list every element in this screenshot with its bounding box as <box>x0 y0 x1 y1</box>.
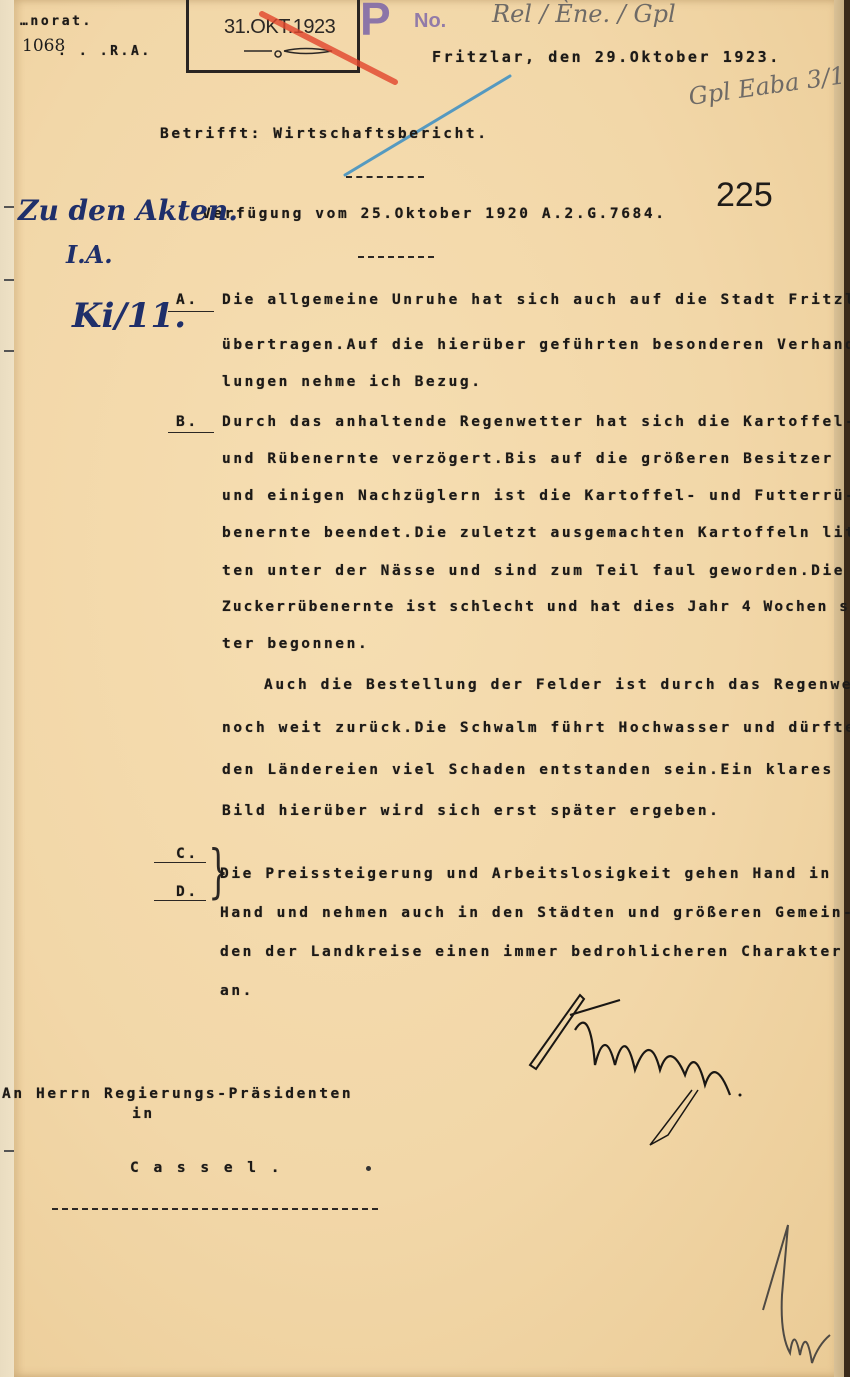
pencil-note-top: Rel / Ène. / Gpl <box>492 0 676 28</box>
section-b-line-1: Durch das anhaltende Regenwetter hat sic… <box>222 414 850 430</box>
section-b-para2-line-2: noch weit zurück.Die Schwalm führt Hochw… <box>222 720 850 736</box>
section-b-para2-line-1: Auch die Bestellung der Felder ist durch… <box>264 677 850 693</box>
section-b-line-3: und einigen Nachzüglern ist die Kartoffe… <box>222 488 850 504</box>
folio-number: 225 <box>716 176 773 215</box>
section-cd-line-3: den der Landkreise einen immer bedrohlic… <box>220 944 843 960</box>
reference-line: Verfügung vom 25.Oktober 1920 A.2.G.7684… <box>202 206 667 222</box>
reference-divider <box>358 256 434 258</box>
section-b-para2-line-3: den Ländereien viel Schaden entstanden s… <box>222 762 834 778</box>
address-divider <box>52 1208 378 1210</box>
section-d-label: D. <box>176 884 199 900</box>
section-d-underline <box>154 900 206 901</box>
section-c-underline <box>154 862 206 863</box>
margin-note-initials: Ki/11. <box>72 296 186 336</box>
section-a-line-1: Die allgemeine Unruhe hat sich auch auf … <box>222 292 850 308</box>
section-b-line-4: benernte beendet.Die zuletzt ausgemachte… <box>222 525 850 541</box>
section-a-line-3: lungen nehme ich Bezug. <box>222 374 483 390</box>
section-b-line-2: und Rübenernte verzögert.Bis auf die grö… <box>222 451 834 467</box>
margin-note-zu-den-akten: Zu den Akten. <box>18 194 238 227</box>
margin-note-ia: I.A. <box>66 240 113 269</box>
section-b-underline <box>168 432 214 433</box>
section-a-label: A. <box>176 292 199 308</box>
section-a-line-2: übertragen.Auf die hierüber geführten be… <box>222 337 850 353</box>
section-c-label: C. <box>176 846 199 862</box>
section-cd-line-2: Hand und nehmen auch in den Städten und … <box>220 905 850 921</box>
subject-line: Betrifft: Wirtschaftsbericht. <box>160 126 489 142</box>
section-cd-line-4: an. <box>220 983 254 999</box>
section-b-line-5: ten unter der Nässe und sind zum Teil fa… <box>222 563 845 579</box>
section-cd-line-1: Die Preissteigerung und Arbeitslosigkeit… <box>220 866 832 882</box>
section-b-para2-line-4: Bild hierüber wird sich erst später erge… <box>222 803 721 819</box>
subject-divider <box>346 176 424 178</box>
addressee-city: C a s s e l . <box>130 1160 283 1176</box>
ink-dot <box>366 1166 371 1171</box>
addressee-line-2: in <box>132 1106 155 1122</box>
section-b-line-7: ter begonnen. <box>222 636 369 652</box>
section-b-label: B. <box>176 414 199 430</box>
section-a-underline <box>168 311 214 312</box>
pencil-initials-icon <box>760 1225 840 1365</box>
section-b-line-6: Zuckerrübenernte ist schlecht und hat di… <box>222 599 850 615</box>
addressee-line-1: An Herrn Regierungs-Präsidenten <box>2 1086 353 1102</box>
place-and-date: Fritzlar, den 29.Oktober 1923. <box>432 48 781 66</box>
signature-icon <box>520 985 750 1165</box>
